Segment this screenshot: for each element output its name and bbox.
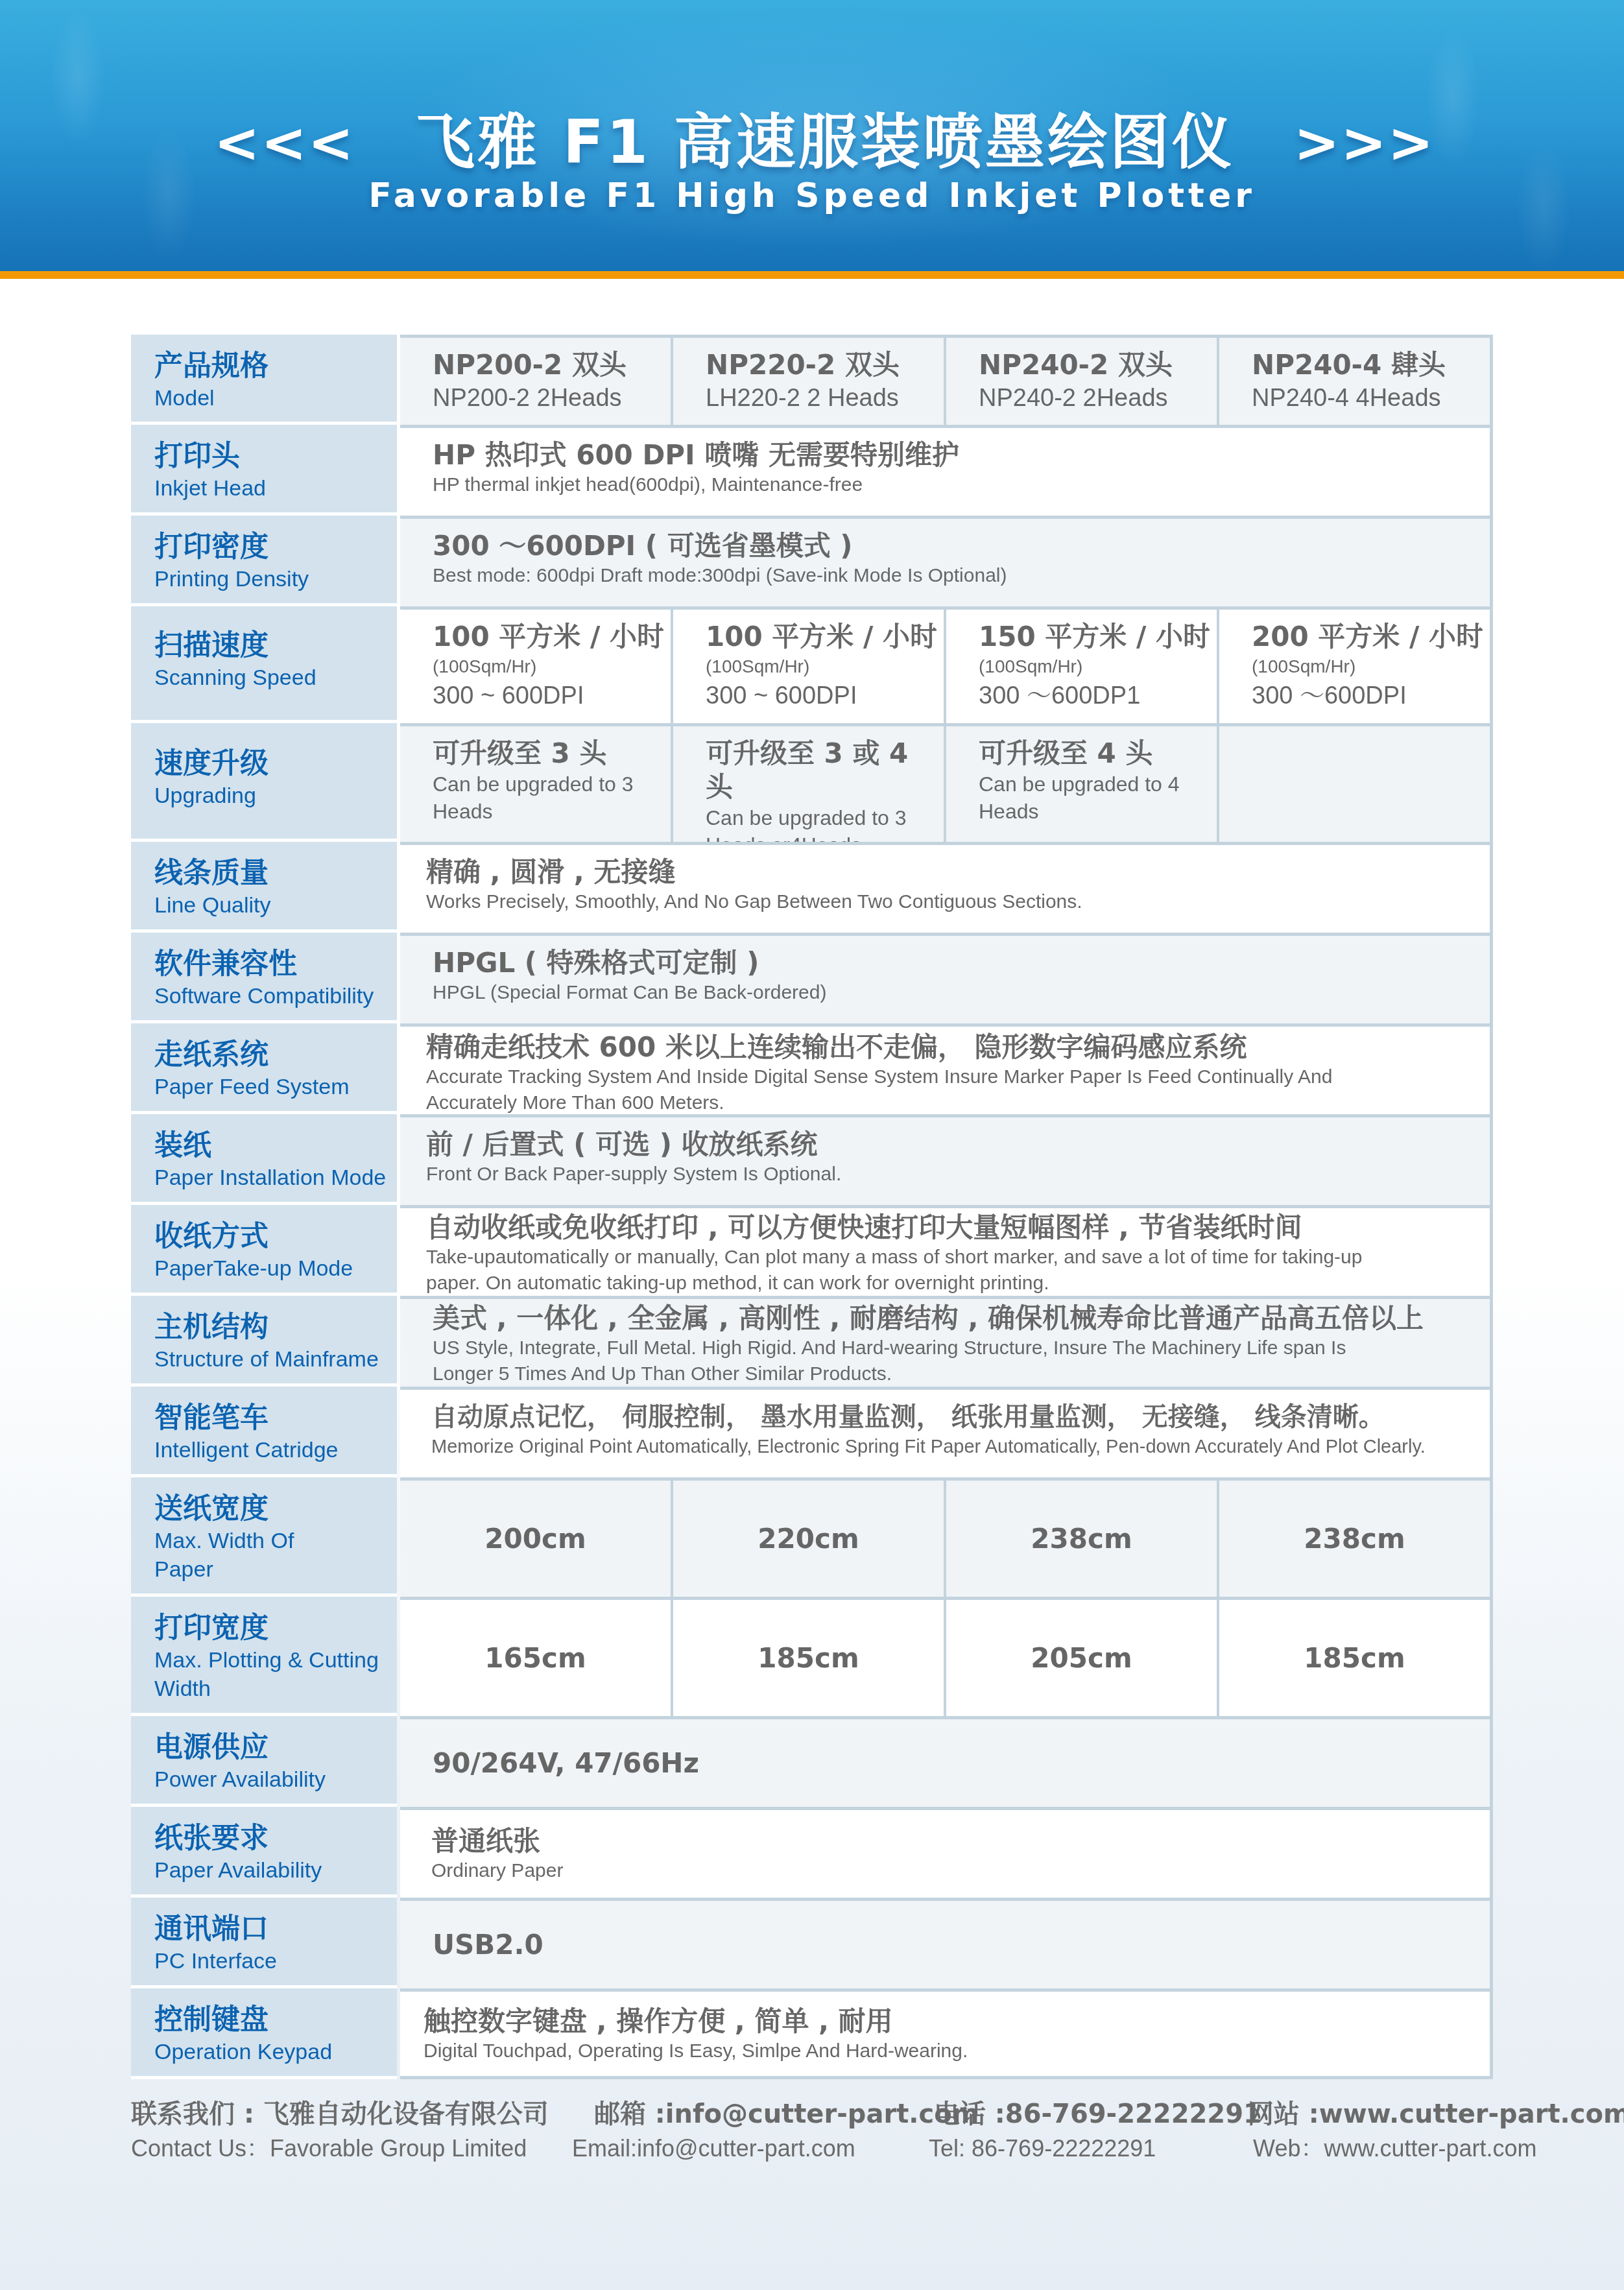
row-content: HP 热印式 600 DPI 喷嘴 无需要特别维护 HP thermal ink… (400, 425, 1493, 516)
label-en: PC Interface (154, 1947, 397, 1975)
row-label: 收纸方式 PaperTake-up Mode (131, 1205, 397, 1296)
label-en: Operation Keypad (154, 2038, 397, 2066)
upgrade-en: Can be upgraded to 3 (706, 804, 944, 831)
model-cell: NP220-2 双头 LH220-2 2 Heads (671, 338, 944, 425)
row-content: 200cm 220cm 238cm 238cm (400, 1477, 1493, 1597)
model-en: LH220-2 2 Heads (706, 382, 944, 414)
website-link-en[interactable]: Web：www.cutter-part.com (1253, 2132, 1536, 2165)
row-label: 打印头 Inkjet Head (131, 425, 397, 516)
value-cn: 前 / 后置式 ( 可选 ) 收放纸系统 (426, 1128, 1490, 1162)
company-en: Contact Us：Favorable Group Limited (131, 2132, 566, 2165)
row-content: NP200-2 双头 NP200-2 2Heads NP220-2 双头 LH2… (400, 335, 1493, 425)
label-en: Max. Width Of (154, 1527, 397, 1555)
row-software-compatibility: 软件兼容性 Software Compatibility HPGL ( 特殊格式… (131, 933, 1493, 1023)
contact-row-en: Contact Us：Favorable Group Limited Email… (131, 2132, 1558, 2165)
upgrade-cn: 可升级至 4 头 (979, 737, 1217, 770)
value-en: Accurate Tracking System And Inside Digi… (426, 1064, 1490, 1090)
label-en: Max. Plotting & Cutting (154, 1646, 397, 1675)
label-en: Power Availability (154, 1765, 397, 1794)
speed-sub: (100Sqm/Hr) (1252, 654, 1490, 680)
value-cn: 精确走纸技术 600 米以上连续输出不走偏， 隐形数字编码感应系统 (426, 1031, 1490, 1064)
label-cn: 智能笔车 (154, 1401, 397, 1436)
value-cn: 普通纸张 (431, 1824, 1490, 1858)
model-cn: NP240-4 肆头 (1252, 348, 1490, 382)
website-link-cn[interactable]: 网站 :www.cutter-part.com (1248, 2096, 1624, 2132)
label-en: Paper Installation Mode (154, 1163, 397, 1192)
row-content: 100 平方米 / 小时 (100Sqm/Hr) 300 ~ 600DPI 10… (400, 606, 1493, 723)
speed-cell: 200 平方米 / 小时 (100Sqm/Hr) 300 ～600DPI (1217, 610, 1490, 723)
row-label: 速度升级 Upgrading (131, 723, 397, 842)
row-content: 165cm 185cm 205cm 185cm (400, 1597, 1493, 1716)
row-label: 电源供应 Power Availability (131, 1716, 397, 1807)
row-content: 精确 , 圆滑 , 无接缝 Works Precisely, Smoothly,… (400, 842, 1493, 933)
row-label: 控制键盘 Operation Keypad (131, 1988, 397, 2079)
label-cn: 装纸 (154, 1128, 397, 1163)
speed-sub: (100Sqm/Hr) (433, 654, 671, 680)
speed-dpi: 300 ～600DP1 (979, 680, 1217, 712)
label-en: Paper Feed System (154, 1073, 397, 1101)
value-en: Accurately More Than 600 Meters. (426, 1090, 1490, 1116)
row-content: 前 / 后置式 ( 可选 ) 收放纸系统 Front Or Back Paper… (400, 1114, 1493, 1205)
row-model: 产品规格 Model NP200-2 双头 NP200-2 2Heads NP2… (131, 335, 1493, 425)
value-en: Best mode: 600dpi Draft mode:300dpi (Sav… (433, 563, 1490, 589)
label-cn: 控制键盘 (154, 2003, 397, 2038)
row-content: 可升级至 3 头 Can be upgraded to 3 Heads 可升级至… (400, 723, 1493, 842)
row-power: 电源供应 Power Availability 90/264V, 47/66Hz (131, 1716, 1493, 1807)
row-label: 通讯端口 PC Interface (131, 1898, 397, 1988)
label-cn: 打印宽度 (154, 1611, 397, 1646)
arrow-right-decoration: >>> (1294, 104, 1435, 182)
upgrade-cn: 可升级至 3 头 (433, 737, 671, 770)
row-content: 普通纸张 Ordinary Paper (400, 1807, 1493, 1898)
label-cn: 软件兼容性 (154, 947, 397, 982)
phone-cn: 电话 :86-769-22222291 (934, 2096, 1239, 2132)
label-cn: 产品规格 (154, 349, 397, 384)
row-content: 自动原点记忆， 伺服控制， 墨水用量监测， 纸张用量监测， 无接缝， 线条清晰。… (400, 1387, 1493, 1477)
row-paper-availability: 纸张要求 Paper Availability 普通纸张 Ordinary Pa… (131, 1807, 1493, 1898)
value-en: Digital Touchpad, Operating Is Easy, Sim… (424, 2038, 1490, 2064)
row-line-quality: 线条质量 Line Quality 精确 , 圆滑 , 无接缝 Works Pr… (131, 842, 1493, 933)
row-label: 线条质量 Line Quality (131, 842, 397, 933)
value-cn: HP 热印式 600 DPI 喷嘴 无需要特别维护 (433, 438, 1490, 472)
company-cn: 联系我们 : 飞雅自动化设备有限公司 (131, 2096, 585, 2132)
plot-width-value: 185cm (1217, 1600, 1490, 1716)
label-cn: 通讯端口 (154, 1912, 397, 1947)
plot-width-value: 185cm (671, 1600, 944, 1716)
label-cn: 扫描速度 (154, 628, 397, 663)
speed-cell: 150 平方米 / 小时 (100Sqm/Hr) 300 ～600DP1 (944, 610, 1217, 723)
value-en: Ordinary Paper (431, 1858, 1490, 1884)
speed-dpi: 300 ~ 600DPI (706, 680, 944, 712)
label-cn: 电源供应 (154, 1730, 397, 1765)
speed-cell: 100 平方米 / 小时 (100Sqm/Hr) 300 ~ 600DPI (671, 610, 944, 723)
upgrade-en: Heads (979, 798, 1217, 825)
speed-cn: 200 平方米 / 小时 (1252, 620, 1490, 654)
row-label: 扫描速度 Scanning Speed (131, 606, 397, 723)
row-label: 打印宽度 Max. Plotting & Cutting Width (131, 1597, 397, 1716)
value-en: paper. On automatic taking-up method, it… (426, 1270, 1490, 1296)
value-cell: 精确 , 圆滑 , 无接缝 Works Precisely, Smoothly,… (400, 845, 1490, 933)
row-mainframe-structure: 主机结构 Structure of Mainframe 美式 , 一体化 , 全… (131, 1296, 1493, 1387)
value-cell: HP 热印式 600 DPI 喷嘴 无需要特别维护 HP thermal ink… (400, 428, 1490, 516)
model-en: NP200-2 2Heads (433, 382, 671, 414)
upgrade-cell: 可升级至 4 头 Can be upgraded to 4 Heads (944, 726, 1217, 842)
label-cn: 走纸系统 (154, 1038, 397, 1073)
value-en: Front Or Back Paper-supply System Is Opt… (426, 1162, 1490, 1187)
value-cell: 触控数字键盘 , 操作方便 , 简单 , 耐用 Digital Touchpad… (400, 1992, 1490, 2076)
row-content: 触控数字键盘 , 操作方便 , 简单 , 耐用 Digital Touchpad… (400, 1988, 1493, 2079)
row-label: 产品规格 Model (131, 335, 397, 425)
speed-cell: 100 平方米 / 小时 (100Sqm/Hr) 300 ~ 600DPI (400, 610, 671, 723)
speed-cn: 150 平方米 / 小时 (979, 620, 1217, 654)
header-banner: <<< 飞雅 F1 高速服装喷墨绘图仪 >>> Favorable F1 Hig… (0, 0, 1624, 271)
value-cn: 美式 , 一体化 , 全金属 , 高刚性 , 耐磨结构 , 确保机械寿命比普通产… (433, 1302, 1490, 1335)
row-content: 90/264V, 47/66Hz (400, 1716, 1493, 1807)
label-en: Upgrading (154, 781, 397, 810)
label-cn: 速度升级 (154, 746, 397, 781)
row-label: 送纸宽度 Max. Width Of Paper (131, 1477, 397, 1597)
label-cn: 送纸宽度 (154, 1492, 397, 1527)
model-cn: NP240-2 双头 (979, 348, 1217, 382)
model-cell: NP240-4 肆头 NP240-4 4Heads (1217, 338, 1490, 425)
value-en: Memorize Original Point Automatically, E… (431, 1434, 1490, 1460)
label-en: Intelligent Catridge (154, 1436, 397, 1464)
row-max-paper-width: 送纸宽度 Max. Width Of Paper 200cm 220cm 238… (131, 1477, 1493, 1597)
upgrade-cell-empty (1217, 726, 1490, 842)
row-intelligent-catridge: 智能笔车 Intelligent Catridge 自动原点记忆， 伺服控制， … (131, 1387, 1493, 1477)
value-en: HP thermal inkjet head(600dpi), Maintena… (433, 472, 1490, 498)
row-label: 主机结构 Structure of Mainframe (131, 1296, 397, 1387)
model-cn: NP200-2 双头 (433, 348, 671, 382)
row-max-plotting-width: 打印宽度 Max. Plotting & Cutting Width 165cm… (131, 1597, 1493, 1716)
model-en: NP240-2 2Heads (979, 382, 1217, 414)
value-en: Longer 5 Times And Up Than Other Similar… (433, 1361, 1490, 1387)
speed-dpi: 300 ~ 600DPI (433, 680, 671, 712)
spec-table: 产品规格 Model NP200-2 双头 NP200-2 2Heads NP2… (131, 335, 1493, 2079)
label-en: Line Quality (154, 891, 397, 920)
label-en: Software Compatibility (154, 982, 397, 1010)
row-paper-takeup: 收纸方式 PaperTake-up Mode 自动收纸或免收纸打印 , 可以方便… (131, 1205, 1493, 1296)
label-en: Paper (154, 1555, 397, 1584)
arrow-left-decoration: <<< (214, 104, 355, 182)
value-cn: 300 ～600DPI ( 可选省墨模式 ) (433, 529, 1490, 563)
speed-cn: 100 平方米 / 小时 (433, 620, 671, 654)
row-label: 装纸 Paper Installation Mode (131, 1114, 397, 1205)
upgrade-en: Can be upgraded to 3 (433, 770, 671, 798)
value-cell: 普通纸张 Ordinary Paper (400, 1810, 1490, 1898)
plot-width-value: 165cm (400, 1600, 671, 1716)
value-en: HPGL (Special Format Can Be Back-ordered… (433, 980, 1490, 1006)
speed-dpi: 300 ～600DPI (1252, 680, 1490, 712)
row-paper-installation: 装纸 Paper Installation Mode 前 / 后置式 ( 可选 … (131, 1114, 1493, 1205)
label-en: Printing Density (154, 565, 397, 593)
label-en: Model (154, 384, 397, 412)
row-operation-keypad: 控制键盘 Operation Keypad 触控数字键盘 , 操作方便 , 简单… (131, 1988, 1493, 2079)
value-cell: 前 / 后置式 ( 可选 ) 收放纸系统 Front Or Back Paper… (400, 1117, 1490, 1205)
label-en: Width (154, 1675, 397, 1703)
model-cn: NP220-2 双头 (706, 348, 944, 382)
row-content: 300 ～600DPI ( 可选省墨模式 ) Best mode: 600dpi… (400, 516, 1493, 606)
row-pc-interface: 通讯端口 PC Interface USB2.0 (131, 1898, 1493, 1988)
upgrade-en: Can be upgraded to 4 (979, 770, 1217, 798)
label-cn: 打印头 (154, 439, 397, 474)
value-cell: 精确走纸技术 600 米以上连续输出不走偏， 隐形数字编码感应系统 Accura… (400, 1027, 1490, 1114)
value-en: Take-upautomatically or manually, Can pl… (426, 1245, 1490, 1270)
row-inkjet-head: 打印头 Inkjet Head HP 热印式 600 DPI 喷嘴 无需要特别维… (131, 425, 1493, 516)
phone-en: Tel: 86-769-22222291 (929, 2132, 1247, 2165)
upgrade-cell: 可升级至 3 头 Can be upgraded to 3 Heads (400, 726, 671, 842)
contact-row-cn: 联系我们 : 飞雅自动化设备有限公司 邮箱 :info@cutter-part.… (131, 2096, 1558, 2132)
label-cn: 主机结构 (154, 1310, 397, 1345)
row-label: 智能笔车 Intelligent Catridge (131, 1387, 397, 1477)
row-paper-feed-system: 走纸系统 Paper Feed System 精确走纸技术 600 米以上连续输… (131, 1023, 1493, 1114)
value-cn: 精确 , 圆滑 , 无接缝 (426, 855, 1490, 889)
label-en: Scanning Speed (154, 663, 397, 692)
value-en: Works Precisely, Smoothly, And No Gap Be… (426, 889, 1490, 915)
row-upgrading: 速度升级 Upgrading 可升级至 3 头 Can be upgraded … (131, 723, 1493, 842)
upgrade-cell: 可升级至 3 或 4 头 Can be upgraded to 3 Heads … (671, 726, 944, 842)
page-title-cn: 飞雅 F1 高速服装喷墨绘图仪 (415, 104, 1234, 182)
value-cell: 美式 , 一体化 , 全金属 , 高刚性 , 耐磨结构 , 确保机械寿命比普通产… (400, 1299, 1490, 1387)
label-cn: 打印密度 (154, 530, 397, 565)
row-content: USB2.0 (400, 1898, 1493, 1988)
width-value: 238cm (1217, 1481, 1490, 1597)
value-cn: 触控数字键盘 , 操作方便 , 简单 , 耐用 (424, 2005, 1490, 2038)
row-printing-density: 打印密度 Printing Density 300 ～600DPI ( 可选省墨… (131, 516, 1493, 606)
width-value: 200cm (400, 1481, 671, 1597)
label-en: Structure of Mainframe (154, 1345, 397, 1374)
speed-cn: 100 平方米 / 小时 (706, 620, 944, 654)
page-title-en: Favorable F1 High Speed Inkjet Plotter (0, 176, 1624, 215)
row-content: 美式 , 一体化 , 全金属 , 高刚性 , 耐磨结构 , 确保机械寿命比普通产… (400, 1296, 1493, 1387)
value-cell: 自动收纸或免收纸打印 , 可以方便快速打印大量短幅图样 , 节省装纸时间 Tak… (400, 1208, 1490, 1296)
label-en: PaperTake-up Mode (154, 1254, 397, 1283)
value-cn: 自动原点记忆， 伺服控制， 墨水用量监测， 纸张用量监测， 无接缝， 线条清晰。 (431, 1400, 1490, 1434)
label-cn: 线条质量 (154, 856, 397, 891)
label-en: Paper Availability (154, 1856, 397, 1885)
row-content: 自动收纸或免收纸打印 , 可以方便快速打印大量短幅图样 , 节省装纸时间 Tak… (400, 1205, 1493, 1296)
value-en: US Style, Integrate, Full Metal. High Ri… (433, 1335, 1490, 1361)
row-label: 打印密度 Printing Density (131, 516, 397, 606)
model-en: NP240-4 4Heads (1252, 382, 1490, 414)
width-value: 238cm (944, 1481, 1217, 1597)
contact-footer: 联系我们 : 飞雅自动化设备有限公司 邮箱 :info@cutter-part.… (131, 2096, 1558, 2165)
upgrade-en: Heads (433, 798, 671, 825)
upgrade-cn: 可升级至 3 或 4 头 (706, 737, 944, 804)
value-cn: 自动收纸或免收纸打印 , 可以方便快速打印大量短幅图样 , 节省装纸时间 (426, 1211, 1490, 1245)
title-row: <<< 飞雅 F1 高速服装喷墨绘图仪 >>> (0, 104, 1624, 182)
power-value: 90/264V, 47/66Hz (400, 1719, 1490, 1807)
email-link-cn[interactable]: 邮箱 :info@cutter-part.com (594, 2096, 925, 2132)
accent-divider (0, 271, 1624, 279)
model-cell: NP200-2 双头 NP200-2 2Heads (400, 338, 671, 425)
value-cell: 300 ～600DPI ( 可选省墨模式 ) Best mode: 600dpi… (400, 519, 1490, 606)
speed-sub: (100Sqm/Hr) (979, 654, 1217, 680)
row-content: 精确走纸技术 600 米以上连续输出不走偏， 隐形数字编码感应系统 Accura… (400, 1023, 1493, 1114)
row-label: 纸张要求 Paper Availability (131, 1807, 397, 1898)
width-value: 220cm (671, 1481, 944, 1597)
plot-width-value: 205cm (944, 1600, 1217, 1716)
row-scanning-speed: 扫描速度 Scanning Speed 100 平方米 / 小时 (100Sqm… (131, 606, 1493, 723)
value-cell: 自动原点记忆， 伺服控制， 墨水用量监测， 纸张用量监测， 无接缝， 线条清晰。… (400, 1390, 1490, 1477)
label-cn: 收纸方式 (154, 1219, 397, 1254)
speed-sub: (100Sqm/Hr) (706, 654, 944, 680)
label-en: Inkjet Head (154, 474, 397, 503)
interface-value: USB2.0 (400, 1901, 1490, 1988)
row-label: 走纸系统 Paper Feed System (131, 1023, 397, 1114)
value-cn: HPGL ( 特殊格式可定制 ) (433, 946, 1490, 980)
row-label: 软件兼容性 Software Compatibility (131, 933, 397, 1023)
value-cell: HPGL ( 特殊格式可定制 ) HPGL (Special Format Ca… (400, 936, 1490, 1023)
row-content: HPGL ( 特殊格式可定制 ) HPGL (Special Format Ca… (400, 933, 1493, 1023)
model-cell: NP240-2 双头 NP240-2 2Heads (944, 338, 1217, 425)
email-link-en[interactable]: Email:info@cutter-part.com (572, 2132, 922, 2165)
label-cn: 纸张要求 (154, 1821, 397, 1856)
